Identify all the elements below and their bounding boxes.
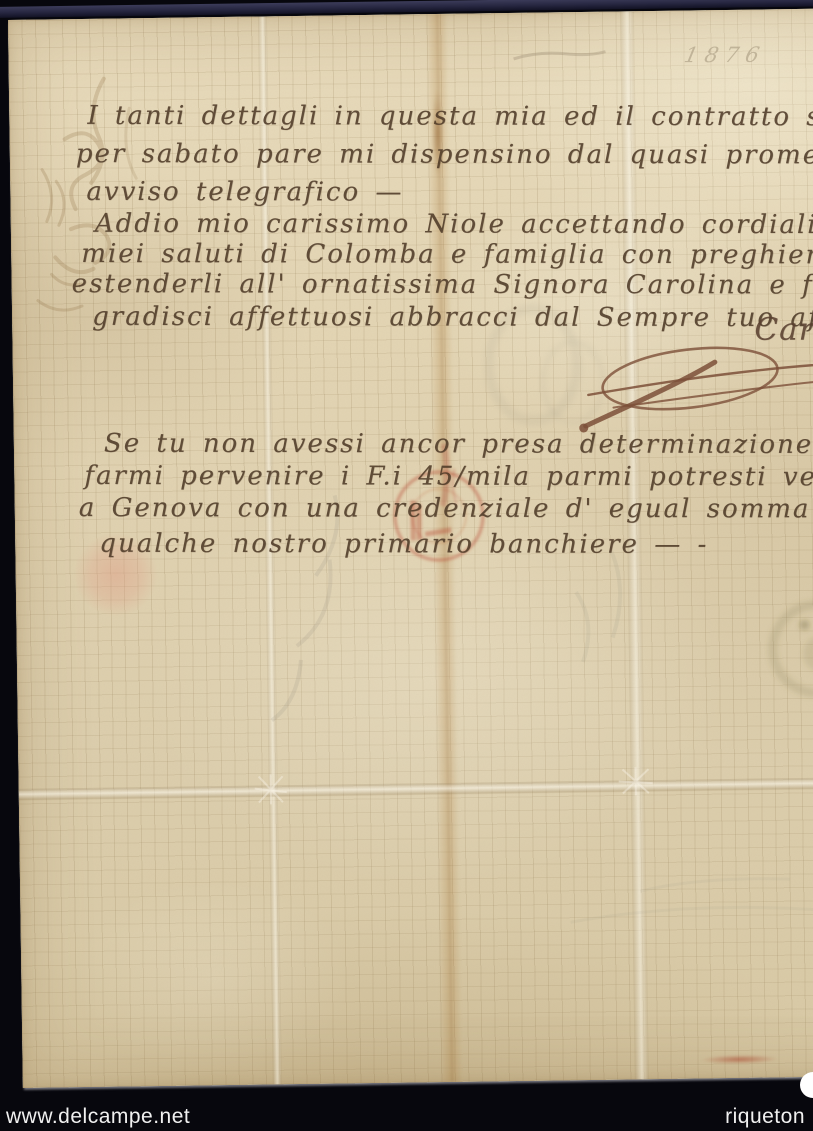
ghost-date-scrawl: [514, 52, 606, 59]
white-corner-blob: [800, 1072, 813, 1098]
letter-line: a Genova con una credenziale d' egual so…: [79, 493, 813, 524]
watermark-seller: riqueton: [725, 1105, 805, 1129]
olive-postmark-bleedthrough: [772, 604, 813, 693]
signature-flourish: [578, 338, 813, 433]
horizontal-fold: [19, 777, 813, 801]
signature-name: Carlo: [754, 312, 813, 348]
letter-line: Se tu non avessi ancor presa determinazi…: [104, 429, 813, 460]
watermark-site: www.delcampe.net: [6, 1105, 190, 1129]
letter-sheet: 1876 I tanti dettagli in questa mia ed i…: [8, 8, 813, 1088]
center-fold-stain-top: [429, 74, 447, 194]
letter-line: miei saluti di Colomba e famiglia con pr…: [81, 239, 813, 270]
letter-line: qualche nostro primario banchiere — -: [99, 529, 708, 560]
letter-line: estenderli all' ornatissima Signora Caro…: [72, 269, 813, 300]
letter-line: Addio mio carissimo Niole accettando cor…: [95, 209, 813, 240]
letter-line: avviso telegrafico —: [86, 177, 403, 208]
letter-line: gradisci affettuosi abbracci dal Sempre …: [92, 302, 813, 333]
red-edge-smudge: [701, 1054, 779, 1064]
scanned-letter-photo: 1876 I tanti dettagli in questa mia ed i…: [0, 0, 813, 1131]
letter-line: per sabato pare mi dispensino dal quasi …: [76, 139, 813, 170]
letter-line: I tanti dettagli in questa mia ed il con…: [87, 101, 813, 132]
faint-date: 1876: [682, 43, 768, 67]
ghost-stamp-impressions: [266, 305, 813, 927]
letter-line: farmi pervenire i F.i 45/mila parmi potr…: [84, 461, 813, 492]
